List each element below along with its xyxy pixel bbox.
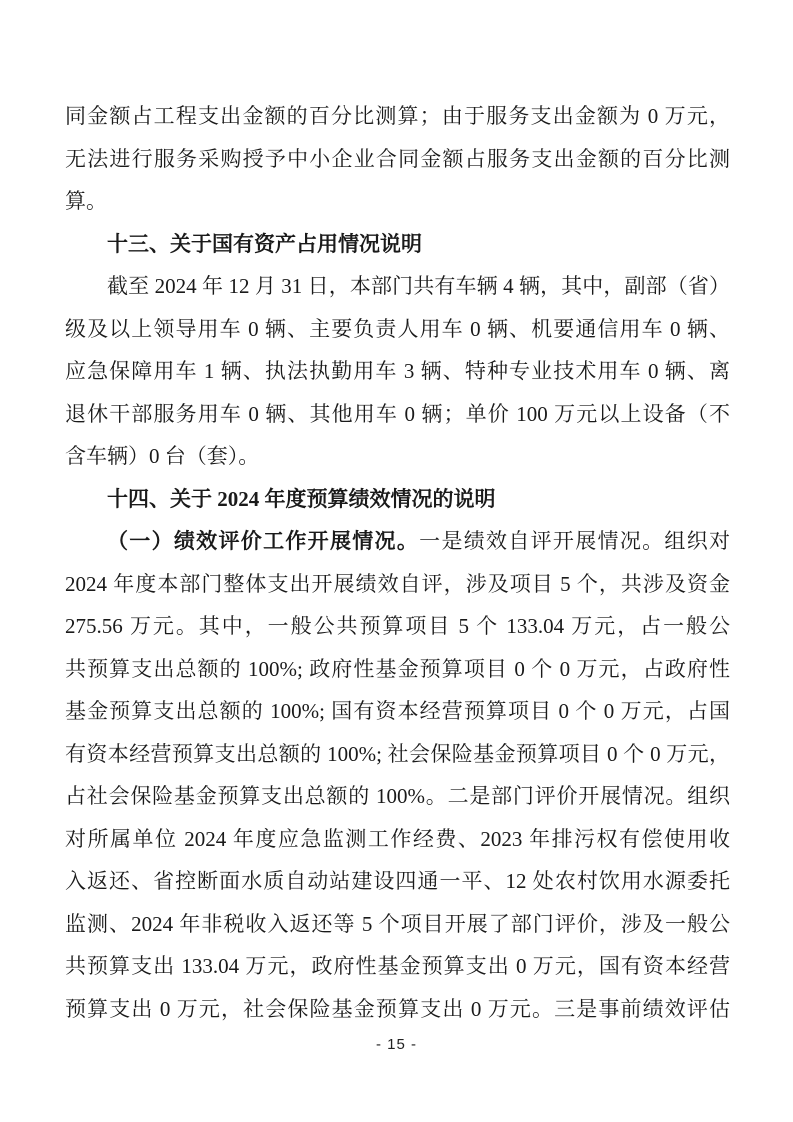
text-line: 预算支出 0 万元，社会保险基金预算支出 0 万元。三是事前绩效评估 — [65, 988, 730, 1031]
text-line: 入返还、省控断面水质自动站建设四通一平、12 处农村饮用水源委托 — [65, 860, 730, 903]
text-line: 共预算支出 133.04 万元，政府性基金预算支出 0 万元，国有资本经营 — [65, 945, 730, 988]
text-line: 275.56 万元。其中，一般公共预算项目 5 个 133.04 万元，占一般公 — [65, 605, 730, 648]
text-line: （一）绩效评价工作开展情况。一是绩效自评开展情况。组织对 — [65, 520, 730, 563]
text-run: 一是绩效自评开展情况。组织对 — [419, 529, 730, 553]
bold-run: （一）绩效评价工作开展情况。 — [107, 529, 419, 553]
text-line: 监测、2024 年非税收入返还等 5 个项目开展了部门评价，涉及一般公 — [65, 903, 730, 946]
text-line: 含车辆）0 台（套）。 — [65, 435, 730, 478]
text-line: 级及以上领导用车 0 辆、主要负责人用车 0 辆、机要通信用车 0 辆、 — [65, 308, 730, 351]
text-line: 共预算支出总额的 100%; 政府性基金预算项目 0 个 0 万元，占政府性 — [65, 648, 730, 691]
text-line: 截至 2024 年 12 月 31 日，本部门共有车辆 4 辆，其中，副部（省） — [65, 265, 730, 308]
text-line: 对所属单位 2024 年度应急监测工作经费、2023 年排污权有偿使用收 — [65, 818, 730, 861]
document-page: 同金额占工程支出金额的百分比测算；由于服务支出金额为 0 万元， 无法进行服务采… — [0, 0, 793, 1122]
text-line: 同金额占工程支出金额的百分比测算；由于服务支出金额为 0 万元， — [65, 95, 730, 138]
text-line: 基金预算支出总额的 100%; 国有资本经营预算项目 0 个 0 万元，占国 — [65, 690, 730, 733]
text-line: 有资本经营预算支出总额的 100%; 社会保险基金预算项目 0 个 0 万元， — [65, 733, 730, 776]
text-line: 退休干部服务用车 0 辆、其他用车 0 辆；单价 100 万元以上设备（不 — [65, 393, 730, 436]
text-line: 应急保障用车 1 辆、执法执勤用车 3 辆、特种专业技术用车 0 辆、离 — [65, 350, 730, 393]
document-body: 同金额占工程支出金额的百分比测算；由于服务支出金额为 0 万元， 无法进行服务采… — [65, 95, 730, 1030]
page-number: - 15 - — [0, 1036, 793, 1053]
text-line: 无法进行服务采购授予中小企业合同金额占服务支出金额的百分比测 — [65, 138, 730, 181]
section-heading-13: 十三、关于国有资产占用情况说明 — [65, 223, 730, 266]
text-line: 占社会保险基金预算支出总额的 100%。二是部门评价开展情况。组织 — [65, 775, 730, 818]
text-line: 算。 — [65, 180, 730, 223]
section-heading-14: 十四、关于 2024 年度预算绩效情况的说明 — [65, 478, 730, 521]
text-line: 2024 年度本部门整体支出开展绩效自评，涉及项目 5 个，共涉及资金 — [65, 563, 730, 606]
